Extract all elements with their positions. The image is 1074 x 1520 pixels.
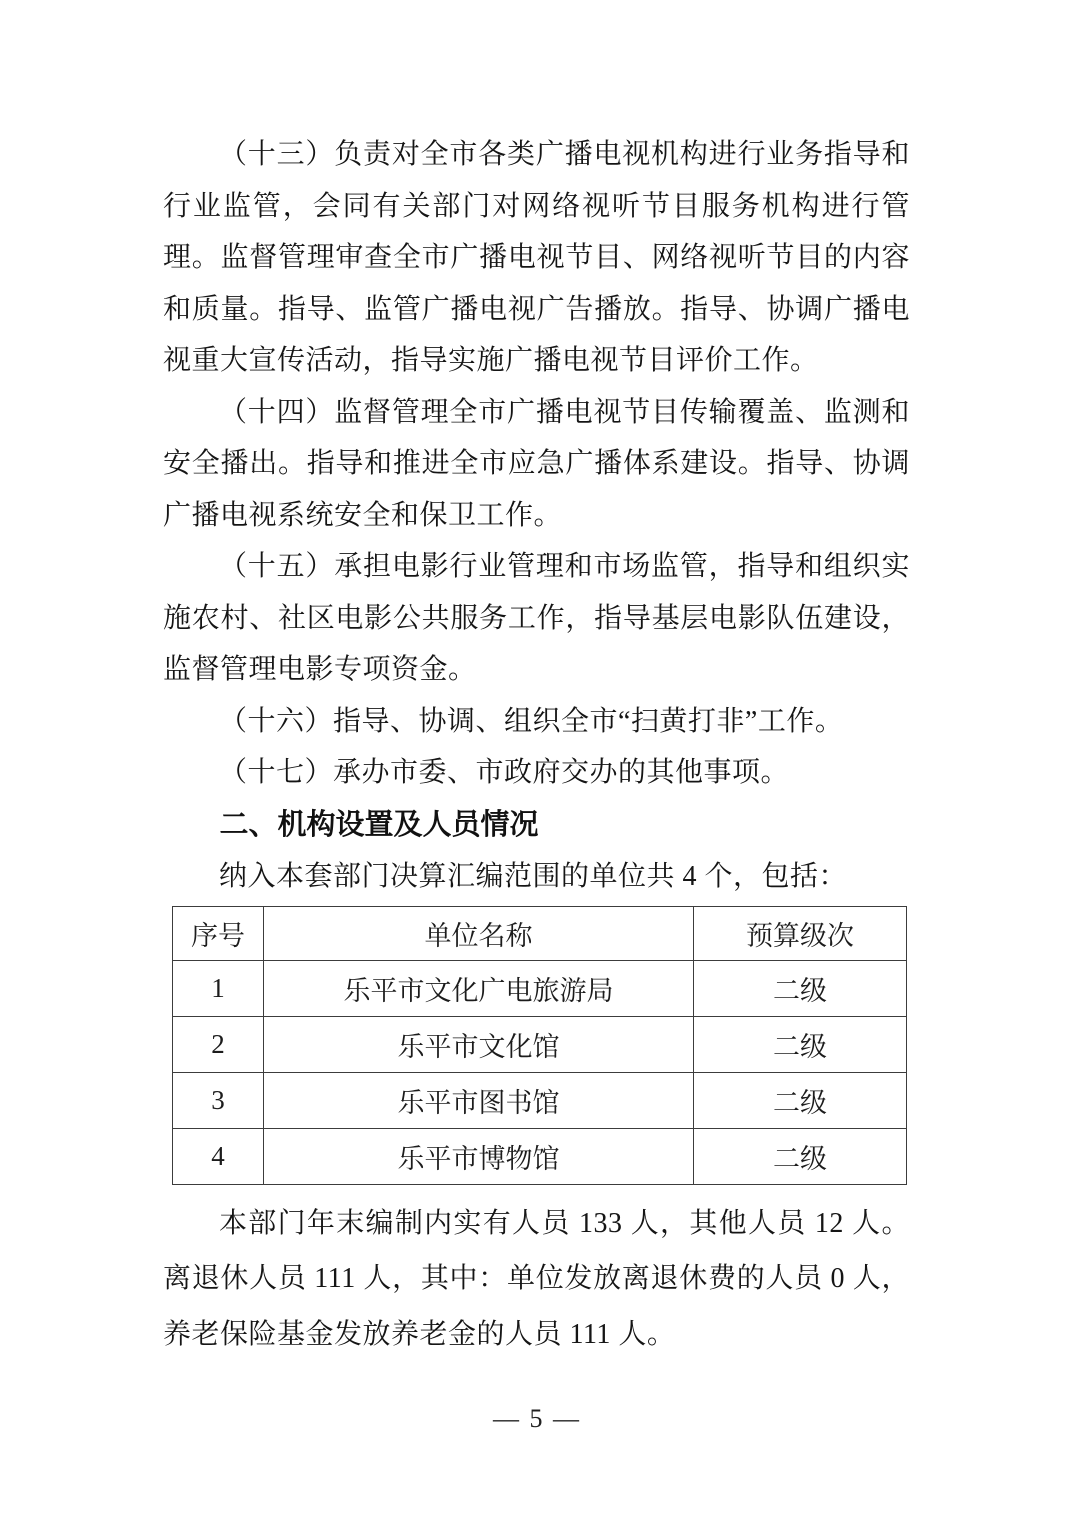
paragraph-duty-15: （十五）承担电影行业管理和市场监管，指导和组织实施农村、社区电影公共服务工作，指…	[163, 541, 910, 696]
table-row: 2 乐平市文化馆 二级	[173, 1016, 907, 1072]
cell-serial: 4	[173, 1128, 264, 1184]
table-row: 3 乐平市图书馆 二级	[173, 1072, 907, 1128]
cell-unit-name: 乐平市图书馆	[264, 1072, 694, 1128]
cell-serial: 2	[173, 1016, 264, 1072]
col-header-budget-level: 预算级次	[694, 906, 907, 960]
intro-paragraph: 纳入本套部门决算汇编范围的单位共 4 个，包括：	[163, 851, 910, 903]
table-row: 4 乐平市博物馆 二级	[173, 1128, 907, 1184]
cell-budget-level: 二级	[694, 1072, 907, 1128]
paragraph-duty-17: （十七）承办市委、市政府交办的其他事项。	[163, 747, 910, 799]
cell-budget-level: 二级	[694, 1128, 907, 1184]
summary-paragraph: 本部门年末编制内实有人员 133 人，其他人员 12 人。离退休人员 111 人…	[163, 1196, 910, 1363]
table-row: 1 乐平市文化广电旅游局 二级	[173, 960, 907, 1016]
document-page: （十三）负责对全市各类广播电视机构进行业务指导和行业监管，会同有关部门对网络视听…	[0, 0, 1074, 1520]
cell-budget-level: 二级	[694, 960, 907, 1016]
col-header-serial: 序号	[173, 906, 264, 960]
paragraph-duty-13: （十三）负责对全市各类广播电视机构进行业务指导和行业监管，会同有关部门对网络视听…	[163, 129, 910, 387]
section-heading: 二、机构设置及人员情况	[163, 799, 910, 851]
units-table: 序号 单位名称 预算级次 1 乐平市文化广电旅游局 二级 2 乐平市文化馆 二级…	[172, 906, 907, 1185]
paragraph-duty-16: （十六）指导、协调、组织全市“扫黄打非”工作。	[163, 696, 910, 748]
col-header-unit-name: 单位名称	[264, 906, 694, 960]
cell-serial: 1	[173, 960, 264, 1016]
page-number: — 5 —	[493, 1404, 581, 1433]
page-footer: — 5 —	[0, 1404, 1074, 1434]
cell-unit-name: 乐平市文化馆	[264, 1016, 694, 1072]
cell-serial: 3	[173, 1072, 264, 1128]
paragraph-duty-14: （十四）监督管理全市广播电视节目传输覆盖、监测和安全播出。指导和推进全市应急广播…	[163, 387, 910, 542]
cell-budget-level: 二级	[694, 1016, 907, 1072]
table-header-row: 序号 单位名称 预算级次	[173, 906, 907, 960]
cell-unit-name: 乐平市博物馆	[264, 1128, 694, 1184]
cell-unit-name: 乐平市文化广电旅游局	[264, 960, 694, 1016]
